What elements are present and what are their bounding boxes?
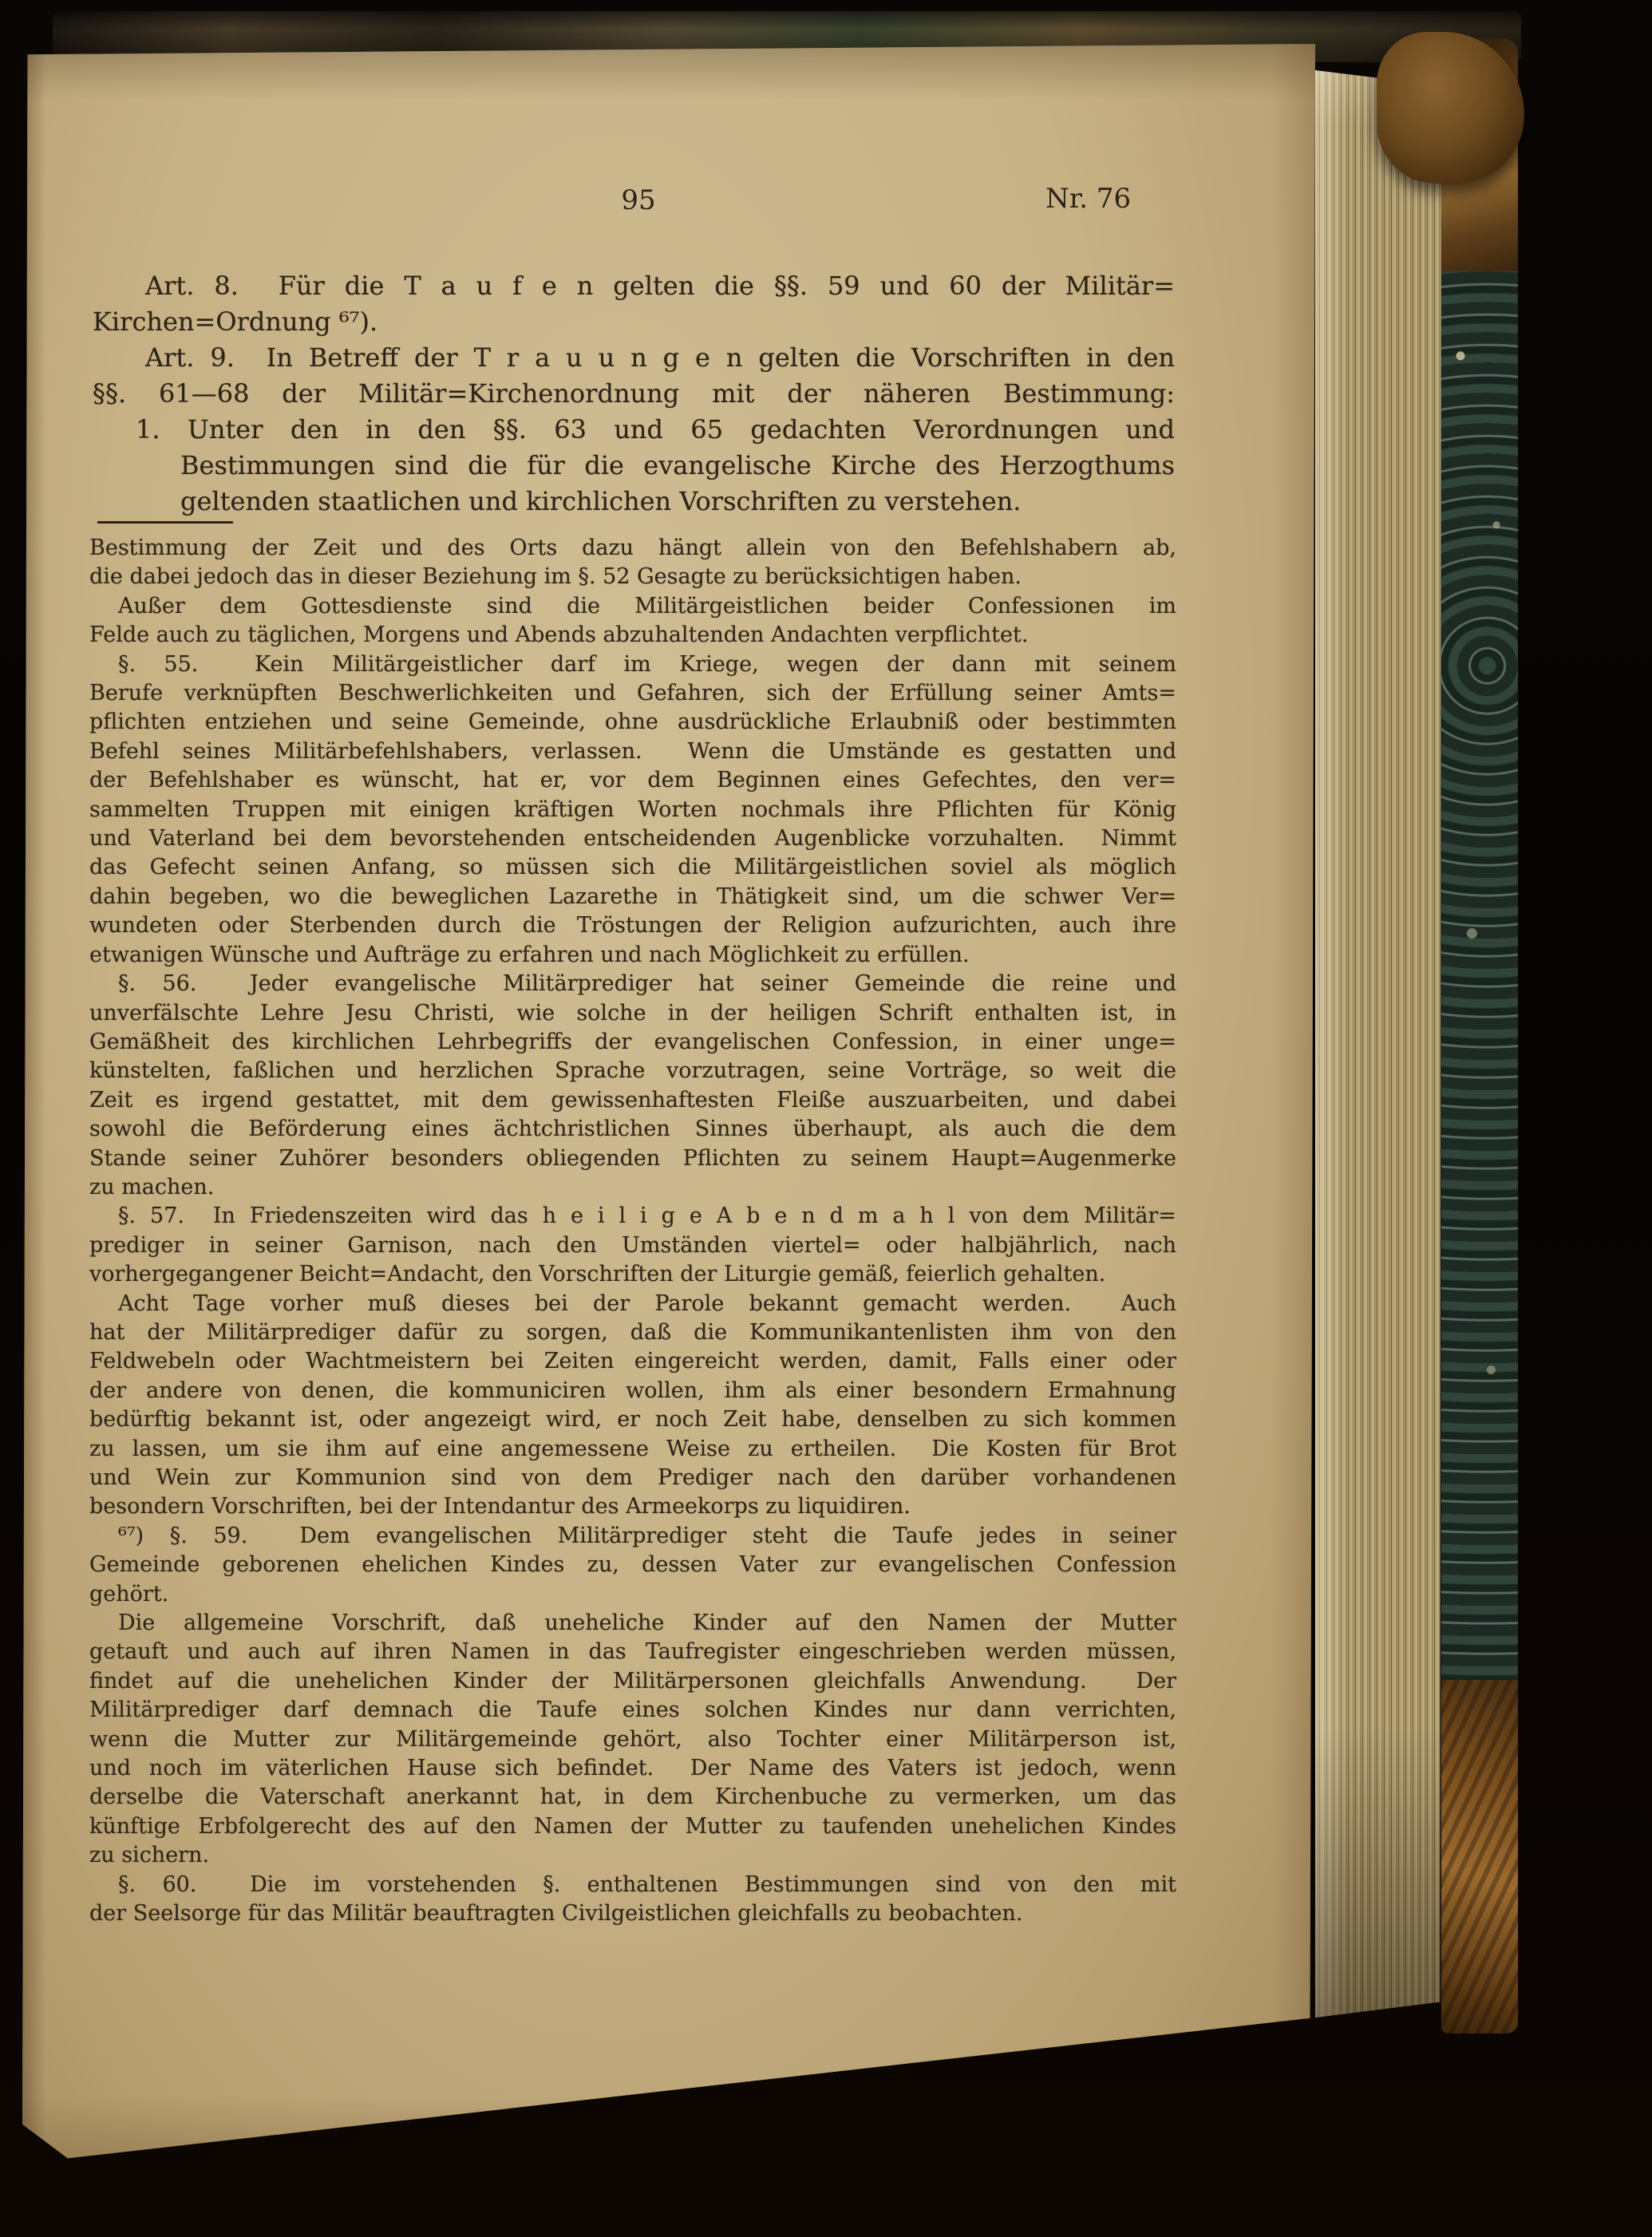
text-line: §. 55. Kein Militärgeistlicher darf im K… <box>89 650 1176 679</box>
text-line: getauft und auch auf ihren Namen in das … <box>89 1638 1176 1666</box>
text-line: dahin begeben, wo die beweglichen Lazare… <box>89 883 1176 911</box>
text-line: 1. Unter den in den §§. 63 und 65 gedach… <box>93 412 1175 448</box>
text-line: Bestimmungen sind die für die evangelisc… <box>93 448 1175 484</box>
text-line: Felde auch zu täglichen, Morgens und Abe… <box>89 621 1176 650</box>
main-text: Art. 8. Für die T a u f e n gelten die §… <box>93 268 1175 520</box>
text-line: Bestimmung der Zeit und des Orts dazu hä… <box>89 534 1176 563</box>
text-line: künftige Erbfolgerecht des auf den Namen… <box>89 1812 1176 1841</box>
issue-number: Nr. 76 <box>1045 183 1181 215</box>
text-line: wenn die Mutter zur Militärgemeinde gehö… <box>89 1725 1176 1754</box>
text-line: §§. 61—68 der Militär=Kirchenordnung mit… <box>93 376 1175 412</box>
footnote-text: Bestimmung der Zeit und des Orts dazu hä… <box>89 534 1176 1929</box>
text-line: ⁶⁷) §. 59. Dem evangelischen Militärpred… <box>89 1522 1176 1551</box>
text-line: Berufe verknüpften Beschwerlichkeiten un… <box>89 679 1176 708</box>
text-line: zu lassen, um sie ihm auf eine angemesse… <box>89 1435 1176 1464</box>
text-line: Gemeinde geborenen ehelichen Kindes zu, … <box>89 1551 1176 1579</box>
text-line: §. 60. Die im vorstehenden §. enthaltene… <box>89 1871 1176 1899</box>
text-line: Befehl seines Militärbefehlshabers, verl… <box>89 737 1176 766</box>
cover-leather-bottom <box>1441 1680 1518 2033</box>
text-line: Art. 8. Für die T a u f e n gelten die §… <box>93 268 1175 304</box>
text-line: künstelten, faßlichen und herzlichen Spr… <box>89 1057 1176 1085</box>
text-line: vorhergegangener Beicht=Andacht, den Vor… <box>89 1260 1176 1289</box>
text-line: Zeit es irgend gestattet, mit dem gewiss… <box>89 1086 1176 1115</box>
text-line: Art. 9. In Betreff der T r a u u n g e n… <box>93 340 1175 376</box>
text-line: pflichten entziehen und seine Gemeinde, … <box>89 708 1176 737</box>
text-line: und Wein zur Kommunion sind von dem Pred… <box>89 1464 1176 1492</box>
text-line: §. 57. In Friedenszeiten wird das h e i … <box>89 1202 1176 1231</box>
text-line: und Vaterland bei dem bevorstehenden ent… <box>89 824 1176 853</box>
text-line: das Gefecht seinen Anfang, so müssen sic… <box>89 853 1176 882</box>
text-line: sowohl die Beförderung eines ächtchristl… <box>89 1115 1176 1144</box>
book-page: 95 Nr. 76 Art. 8. Für die T a u f e n ge… <box>22 44 1315 2167</box>
text-line: unverfälschte Lehre Jesu Christi, wie so… <box>89 999 1176 1028</box>
text-line: geltenden staatlichen und kirchlichen Vo… <box>93 484 1175 520</box>
text-line: zu machen. <box>89 1173 1176 1202</box>
text-line: gehört. <box>89 1580 1176 1609</box>
text-line: Feldwebeln oder Wachtmeistern bei Zeiten… <box>89 1347 1176 1376</box>
text-line: Acht Tage vorher muß dieses bei der Paro… <box>89 1290 1176 1318</box>
text-line: Militärprediger darf demnach die Taufe e… <box>89 1696 1176 1725</box>
text-line: derselbe die Vaterschaft anerkannt hat, … <box>89 1783 1176 1812</box>
page-number: 95 <box>591 184 686 216</box>
text-line: Stande seiner Zuhörer besonders obliegen… <box>89 1144 1176 1173</box>
text-line: Kirchen=Ordnung ⁶⁷). <box>93 304 1175 340</box>
text-line: §. 56. Jeder evangelische Militärpredige… <box>89 970 1176 998</box>
text-line: Gemäßheit des kirchlichen Lehrbegriffs d… <box>89 1028 1176 1057</box>
text-line: die dabei jedoch das in dieser Beziehung… <box>89 563 1176 591</box>
cover-marbled-paper <box>1441 271 1518 1680</box>
text-line: etwanigen Wünsche und Aufträge zu erfahr… <box>89 941 1176 970</box>
text-line: besondern Vorschriften, bei der Intendan… <box>89 1492 1176 1521</box>
fore-edge <box>1315 70 1441 2018</box>
text-line: und noch im väterlichen Hause sich befin… <box>89 1754 1176 1783</box>
book-photo: { "page_header": { "page_number": "95", … <box>0 0 1652 2237</box>
text-line: der Befehlshaber es wünscht, hat er, vor… <box>89 766 1176 795</box>
footnote-separator <box>97 521 233 524</box>
text-line: sammelten Truppen mit einigen kräftigen … <box>89 796 1176 824</box>
text-line: wundeten oder Sterbenden durch die Tröst… <box>89 911 1176 940</box>
text-line: prediger in seiner Garnison, nach den Um… <box>89 1231 1176 1260</box>
text-line: der andere von denen, die kommuniciren w… <box>89 1377 1176 1405</box>
text-line: Außer dem Gottesdienste sind die Militär… <box>89 592 1176 621</box>
text-line: der Seelsorge für das Militär beauftragt… <box>89 1899 1176 1928</box>
cover-binding <box>1441 38 1518 2033</box>
text-line: findet auf die unehelichen Kinder der Mi… <box>89 1667 1176 1696</box>
text-line: zu sichern. <box>89 1841 1176 1870</box>
text-line: hat der Militärprediger dafür zu sorgen,… <box>89 1318 1176 1347</box>
text-line: Die allgemeine Vorschrift, daß unehelich… <box>89 1609 1176 1638</box>
text-line: bedürftig bekannt ist, oder angezeigt wi… <box>89 1405 1176 1434</box>
